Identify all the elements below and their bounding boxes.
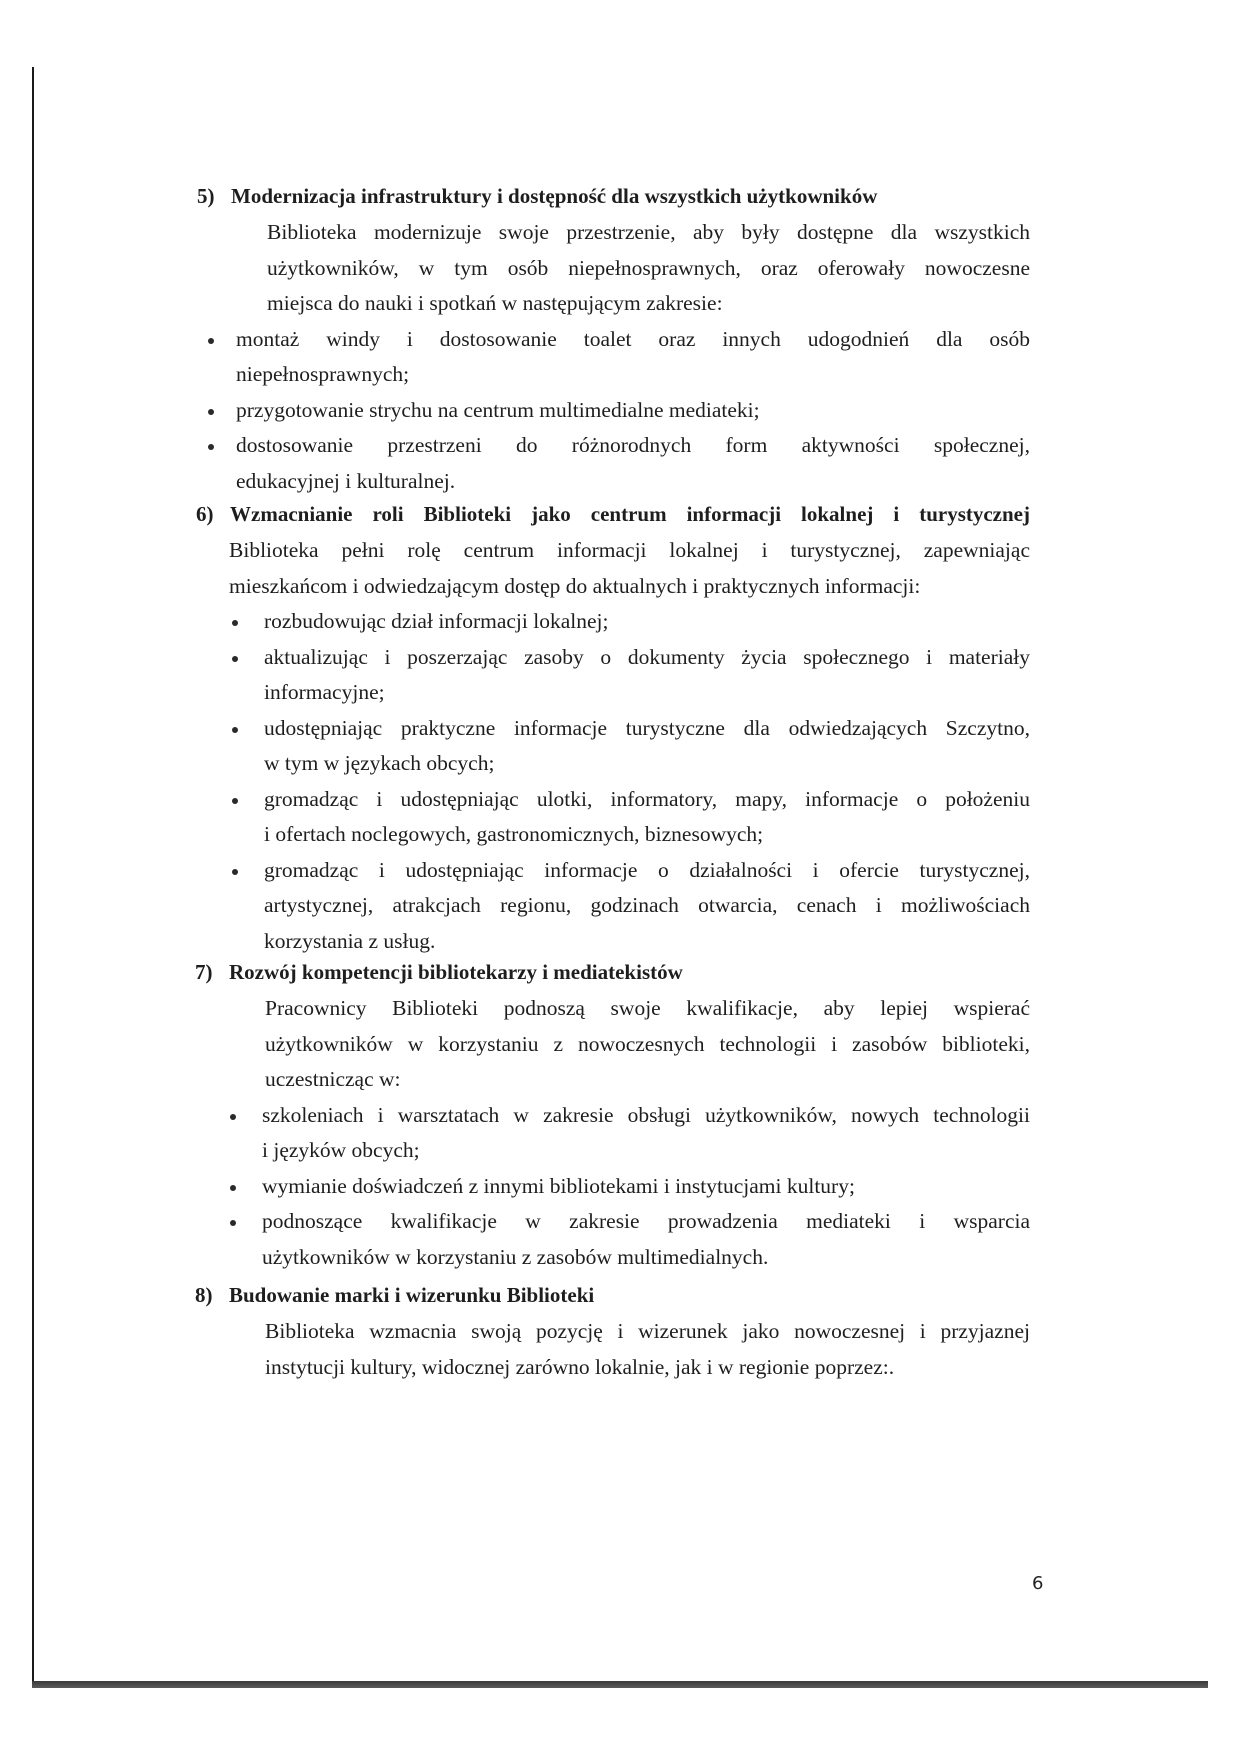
bullet-item-line: i języków obcych; bbox=[262, 1137, 420, 1163]
scan-left-edge-rule bbox=[32, 67, 34, 1683]
bullet-item-line: udostępniając praktyczne informacje tury… bbox=[264, 715, 1030, 741]
bullet-icon bbox=[232, 869, 238, 875]
bullet-item-line: dostosowanie przestrzeni do różnorodnych… bbox=[236, 432, 1030, 458]
section-heading: Wzmacnianie roli Biblioteki jako centrum… bbox=[230, 501, 1030, 527]
bullet-item-line: w tym w językach obcych; bbox=[264, 750, 494, 776]
bullet-icon bbox=[232, 620, 238, 626]
bullet-item-line: użytkowników w korzystaniu z zasobów mul… bbox=[262, 1244, 768, 1270]
bullet-item-line: edukacyjnej i kulturalnej. bbox=[236, 468, 455, 494]
bullet-item-line: podnoszące kwalifikacje w zakresie prowa… bbox=[262, 1208, 1030, 1234]
bullet-item-line: gromadząc i udostępniając ulotki, inform… bbox=[264, 786, 1030, 812]
paragraph-line: uczestnicząc w: bbox=[265, 1066, 401, 1092]
bullet-item-line: niepełnosprawnych; bbox=[236, 361, 409, 387]
paragraph-line: Biblioteka pełni rolę centrum informacji… bbox=[229, 537, 1030, 563]
bullet-item-line: artystycznej, atrakcjach regionu, godzin… bbox=[264, 892, 1030, 918]
scan-bottom-edge-bar bbox=[32, 1681, 1208, 1688]
paragraph-line: Pracownicy Biblioteki podnoszą swoje kwa… bbox=[265, 995, 1030, 1021]
bullet-icon bbox=[232, 798, 238, 804]
bullet-icon bbox=[208, 338, 214, 344]
paragraph-line: mieszkańcom i odwiedzającym dostęp do ak… bbox=[229, 573, 920, 599]
bullet-icon bbox=[208, 409, 214, 415]
section-number: 5) bbox=[197, 183, 215, 209]
bullet-item-line: szkoleniach i warsztatach w zakresie obs… bbox=[262, 1102, 1030, 1128]
bullet-item-line: korzystania z usług. bbox=[264, 928, 435, 954]
section-heading: Budowanie marki i wizerunku Biblioteki bbox=[229, 1282, 594, 1308]
paragraph-line: użytkowników w korzystaniu z nowoczesnyc… bbox=[265, 1031, 1030, 1057]
section-number: 6) bbox=[196, 501, 214, 527]
bullet-icon bbox=[232, 656, 238, 662]
bullet-item-line: informacyjne; bbox=[264, 679, 385, 705]
bullet-item-line: aktualizując i poszerzając zasoby o doku… bbox=[264, 644, 1030, 670]
bullet-item-line: gromadząc i udostępniając informacje o d… bbox=[264, 857, 1030, 883]
bullet-icon bbox=[230, 1220, 236, 1226]
section-number: 7) bbox=[195, 959, 213, 985]
paragraph-line: miejsca do nauki i spotkań w następujący… bbox=[267, 290, 723, 316]
bullet-item-line: i ofertach noclegowych, gastronomicznych… bbox=[264, 821, 763, 847]
paragraph-line: instytucji kultury, widocznej zarówno lo… bbox=[265, 1354, 894, 1380]
paragraph-line: użytkowników, w tym osób niepełnosprawny… bbox=[267, 255, 1030, 281]
paragraph-line: Biblioteka modernizuje swoje przestrzeni… bbox=[267, 219, 1030, 245]
bullet-icon bbox=[208, 444, 214, 450]
section-heading: Rozwój kompetencji bibliotekarzy i media… bbox=[229, 959, 683, 985]
bullet-item-line: rozbudowując dział informacji lokalnej; bbox=[264, 608, 608, 634]
bullet-icon bbox=[232, 727, 238, 733]
bullet-icon bbox=[230, 1114, 236, 1120]
bullet-item-line: przygotowanie strychu na centrum multime… bbox=[236, 397, 760, 423]
section-number: 8) bbox=[195, 1282, 213, 1308]
page-number: 6 bbox=[1032, 1573, 1043, 1594]
bullet-icon bbox=[230, 1185, 236, 1191]
bullet-item-line: wymianie doświadczeń z innymi biblioteka… bbox=[262, 1173, 855, 1199]
bullet-item-line: montaż windy i dostosowanie toalet oraz … bbox=[236, 326, 1030, 352]
paragraph-line: Biblioteka wzmacnia swoją pozycję i wize… bbox=[265, 1318, 1030, 1344]
section-heading: Modernizacja infrastruktury i dostępność… bbox=[231, 183, 877, 209]
